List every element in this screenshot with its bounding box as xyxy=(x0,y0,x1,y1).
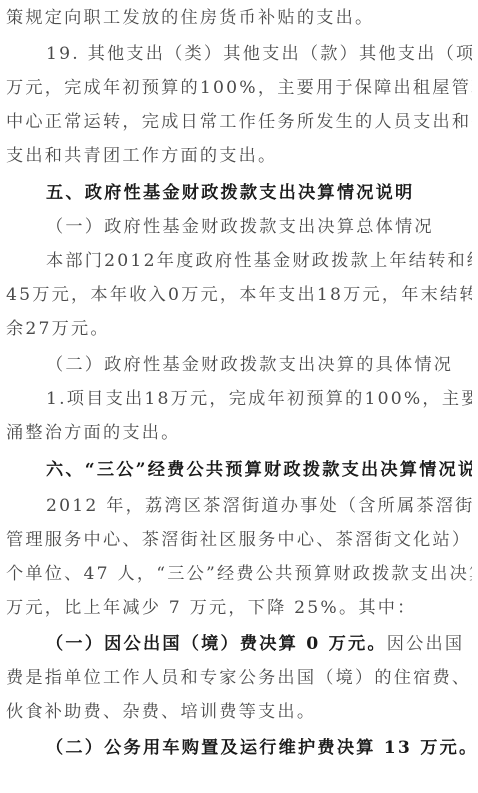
paragraph-line: 个单位、47 人，“三公”经费公共预算财政拨款支出决算 21 xyxy=(6,559,472,589)
section-heading-6: 六、“三公”经费公共预算财政拨款支出决算情况说明 xyxy=(46,455,472,485)
paragraph-line: 万元，完成年初预算的100%，主要用于保障出租屋管理服务 xyxy=(6,73,472,103)
paragraph-line: 本部门2012年度政府性基金财政拨款上年结转和结余 xyxy=(46,246,472,276)
paragraph-line-mixed: （一）因公出国（境）费决算 0 万元。因公出国（境） xyxy=(46,629,472,659)
paragraph-line: 万元，比上年减少 7 万元，下降 25%。其中： xyxy=(6,593,472,623)
paragraph-line: 费是指单位工作人员和专家公务出国（境）的住宿费、旅费、 xyxy=(6,663,472,693)
paragraph-line: 涌整治方面的支出。 xyxy=(6,418,472,448)
paragraph-line: 1.项目支出18万元，完成年初预算的100%，主要用于河 xyxy=(46,384,472,414)
section-heading-5: 五、政府性基金财政拨款支出决算情况说明 xyxy=(46,178,472,208)
paragraph-line: 中心正常运转，完成日常工作任务所发生的人员支出和公用 xyxy=(6,107,472,137)
paragraph-line: 2012 年，荔湾区茶滘街道办事处（含所属茶滘街出租屋 xyxy=(46,491,472,521)
document-page: 策规定向职工发放的住房货币补贴的支出。 19. 其他支出（类）其他支出（款）其他… xyxy=(0,0,478,793)
paragraph-line-mixed: （二）公务用车购置及运行维护费决算 13 万元。公务 xyxy=(46,733,472,763)
paragraph-line: 支出和共青团工作方面的支出。 xyxy=(6,141,472,171)
bold-lead: （一）因公出国（境）费决算 0 万元。 xyxy=(46,634,387,654)
subsection-heading: （一）政府性基金财政拨款支出决算总体情况 xyxy=(46,212,472,242)
paragraph-line: 余27万元。 xyxy=(6,314,472,344)
bold-lead: （二）公务用车购置及运行维护费决算 13 万元。 xyxy=(46,738,472,758)
paragraph-line: 策规定向职工发放的住房货币补贴的支出。 xyxy=(6,3,472,33)
paragraph-line: 伙食补助费、杂费、培训费等支出。 xyxy=(6,697,472,727)
paragraph-line: 管理服务中心、茶滘街社区服务中心、茶滘街文化站）共 4 xyxy=(6,525,472,555)
line-rest: 因公出国（境） xyxy=(387,634,472,654)
subsection-heading: （二）政府性基金财政拨款支出决算的具体情况 xyxy=(46,350,472,380)
paragraph-line: 45万元，本年收入0万元，本年支出18万元，年末结转和结 xyxy=(6,280,472,310)
paragraph-line: 19. 其他支出（类）其他支出（款）其他支出（项）51 xyxy=(46,39,472,69)
